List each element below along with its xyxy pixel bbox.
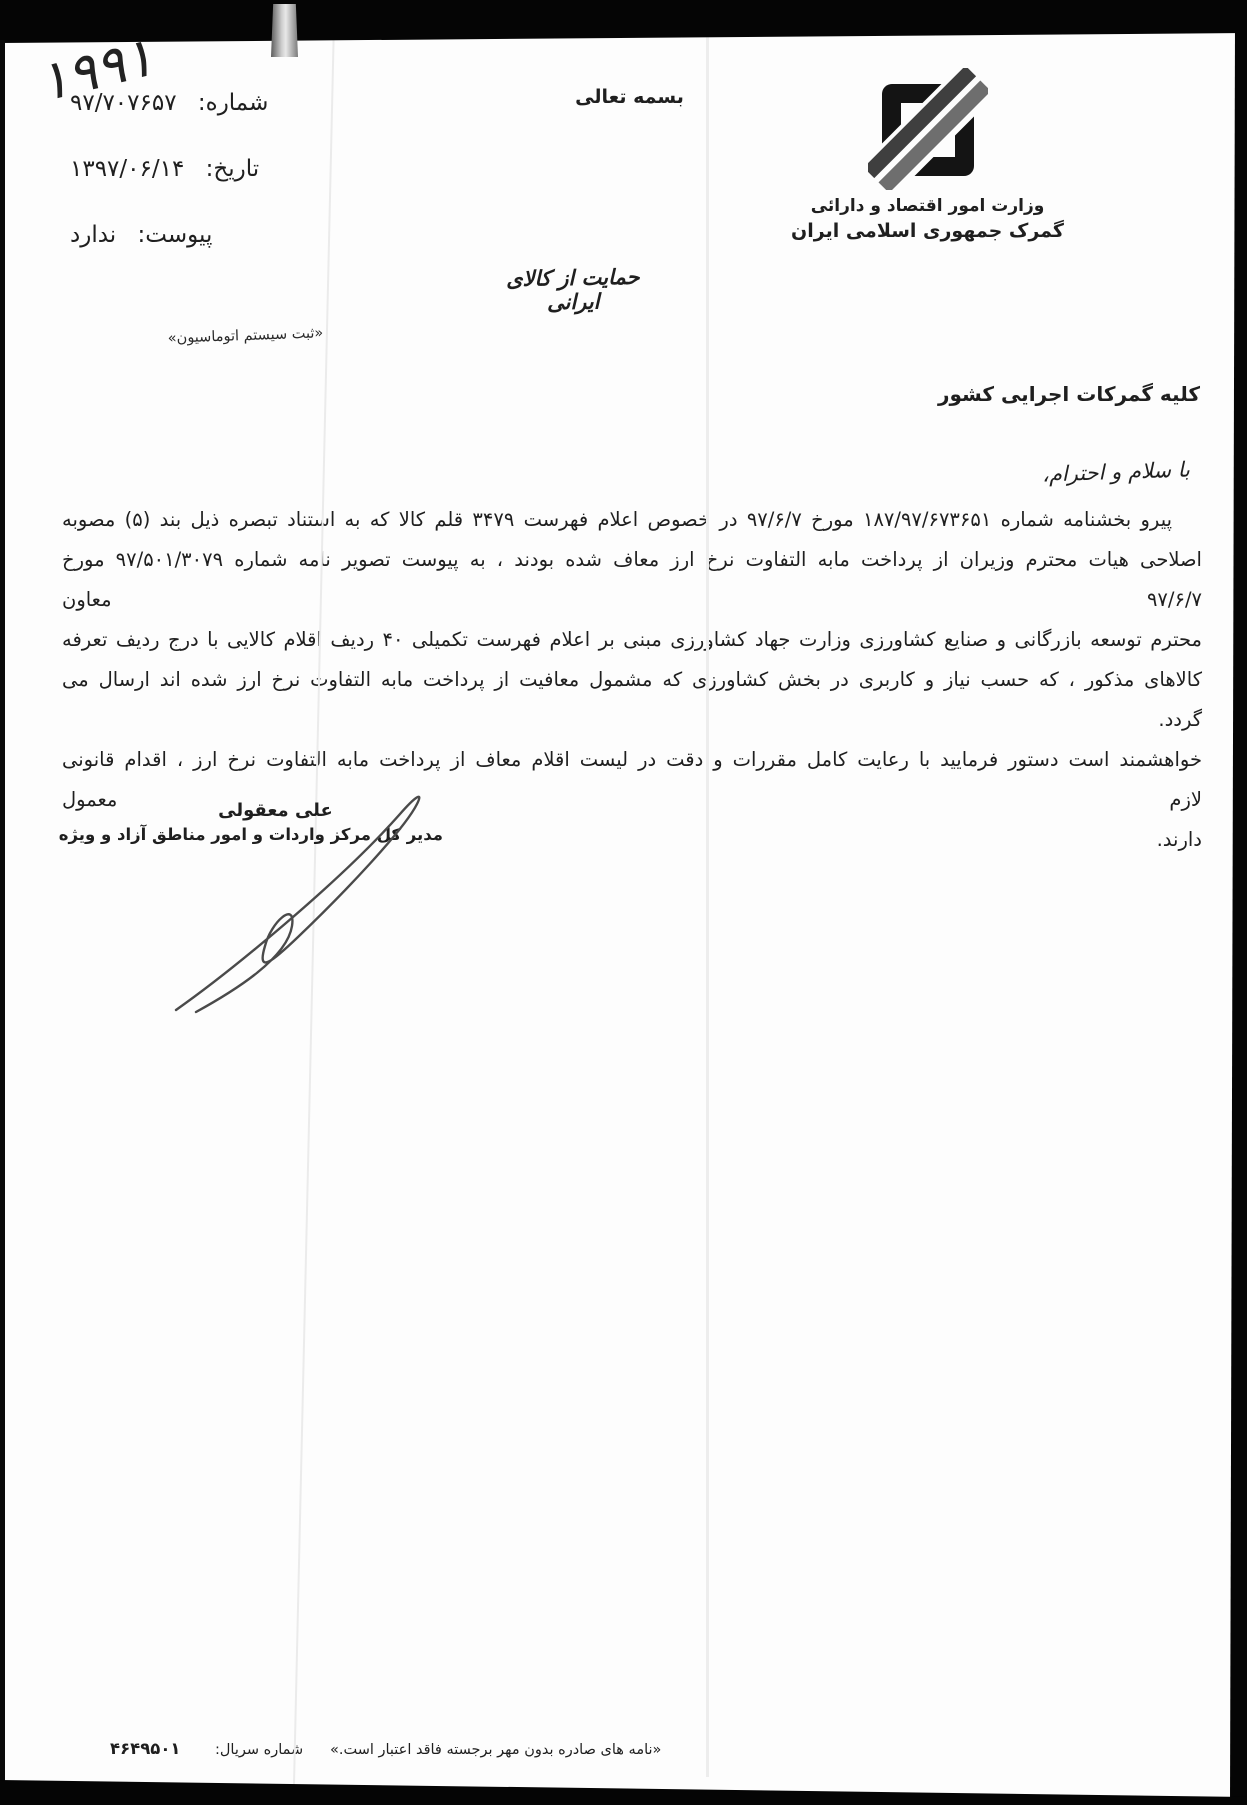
scan-artifact-fold-line — [706, 32, 709, 1777]
scan-artifact-bottom-bar — [0, 1775, 1247, 1805]
body-line: کالاهای مذکور ، که حسب نیاز و کاربری در … — [62, 660, 1202, 740]
automation-registration-note: «ثبت سیستم اتوماسیون» — [148, 325, 343, 348]
signature-stroke-icon — [138, 782, 443, 1022]
scan-artifact-left-bar — [0, 40, 5, 1785]
scan-artifact-right-bar — [1230, 28, 1247, 1805]
meta-attachment-label: پیوست: — [138, 222, 213, 248]
footer-serial-label: شماره سریال: — [215, 1742, 303, 1758]
recipient-line: کلیه گمرکات اجرایی کشور — [938, 382, 1200, 406]
meta-date-value: ۱۳۹۷/۰۶/۱۴ — [70, 156, 184, 182]
body-line: محترم توسعه بازرگانی و صنایع کشاورزی وزا… — [62, 620, 1202, 660]
meta-date-label: تاریخ: — [206, 156, 260, 182]
letterhead-block: وزارت امور اقتصاد و دارائی گمرک جمهوری ا… — [790, 68, 1065, 242]
customs-emblem-icon — [868, 68, 988, 190]
meta-number-row: شماره: ۹۷/۷۰۷۶۵۷ — [70, 88, 310, 118]
salutation-line: با سلام و احترام، — [1042, 457, 1191, 486]
besmele-heading: بسمه تعالی — [552, 86, 707, 108]
scanned-customs-letter: ۱۹۹۱ شماره: ۹۷/۷۰۷۶۵۷ تاریخ: ۱۳۹۷/۰۶/۱۴ … — [0, 0, 1247, 1805]
organization-name: گمرک جمهوری اسلامی ایران — [790, 220, 1065, 242]
meta-attachment-row: پیوست: ندارد — [70, 220, 310, 250]
footer-validity-note: «نامه های صادره بدون مهر برجسته فاقد اعت… — [330, 1742, 661, 1758]
scan-artifact-top-bar — [0, 0, 1247, 44]
body-line: پیرو بخشنامه شماره ۱۸۷/۹۷/۶۷۳۶۵۱ مورخ ۹۷… — [62, 500, 1202, 540]
body-line: اصلاحی هیات محترم وزیران از پرداخت مابه … — [62, 540, 1202, 620]
letter-meta-block: شماره: ۹۷/۷۰۷۶۵۷ تاریخ: ۱۳۹۷/۰۶/۱۴ پیوست… — [70, 88, 310, 286]
meta-number-label: شماره: — [198, 90, 268, 116]
campaign-slogan: حمایت از کالای ایرانی — [478, 264, 669, 315]
meta-number-value: ۹۷/۷۰۷۶۵۷ — [70, 90, 177, 116]
meta-date-row: تاریخ: ۱۳۹۷/۰۶/۱۴ — [70, 154, 310, 184]
scan-artifact-clip-tab — [271, 4, 298, 57]
meta-attachment-value: ندارد — [70, 222, 116, 248]
ministry-name: وزارت امور اقتصاد و دارائی — [790, 196, 1065, 216]
footer-serial-value: ۴۶۴۹۵۰۱ — [110, 1739, 181, 1758]
